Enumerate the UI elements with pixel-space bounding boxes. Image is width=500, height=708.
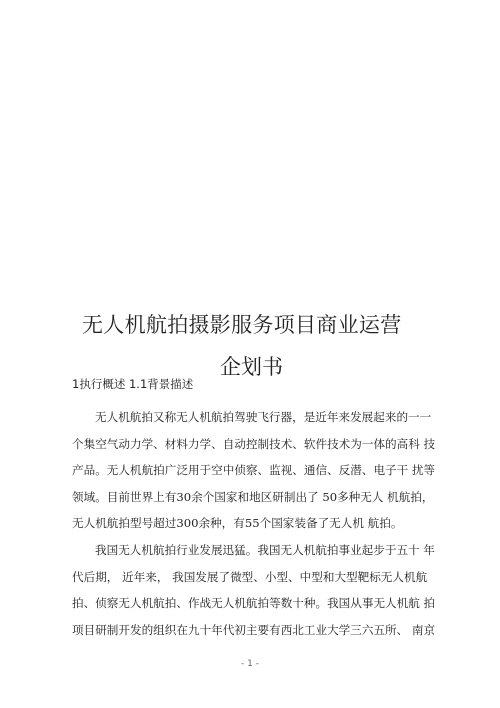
paragraph-2-line: 我国无人机航拍行业发展迅猛。我国无人机航拍事业起步于五十 年 (72, 541, 434, 568)
paragraph-1-line: 领域。目前世界上有30余个国家和地区研制出了 50多种无人 机航拍， (72, 488, 434, 515)
body-text: 无人机航拍又称无人机航拍驾驶飞行器，是近年来发展起来的一一 个集空气动力学、材料… (72, 408, 434, 647)
paragraph-1-line: 产品。无人机航拍广泛用于空中侦察、监视、通信、反潜、电子干 扰等 (72, 461, 434, 488)
document-title-line-1: 无人机航拍摄影服务项目商业运营 (82, 309, 402, 339)
paragraph-1-line: 无人机航拍又称无人机航拍驾驶飞行器，是近年来发展起来的一一 (72, 408, 434, 435)
paragraph-1-line: 无人机航拍型号超过300余种，有55个国家装备了无人机 航拍。 (72, 514, 434, 541)
paragraph-2-line: 项目研制开发的组织在九十年代初主要有西北工业大学三六五所、 南京 (72, 621, 434, 648)
document-page: 无人机航拍摄影服务项目商业运营 企划书 1执行概述 1.1背景描述 无人机航拍又… (0, 0, 500, 708)
page-number: - 1 - (0, 659, 500, 669)
section-heading: 1执行概述 1.1背景描述 (72, 376, 193, 392)
paragraph-1-line: 个集空气动力学、材料力学、自动控制技术、软件技术为一体的高科 技 (72, 435, 434, 462)
paragraph-2-line: 拍、侦察无人机航拍、作战无人机航拍等数十种。我国从事无人机航 拍 (72, 594, 434, 621)
document-title-line-2: 企划书 (220, 351, 283, 381)
paragraph-2-line: 代后期， 近年来， 我国发展了微型、小型、中型和大型靶标无人机航 (72, 568, 434, 595)
